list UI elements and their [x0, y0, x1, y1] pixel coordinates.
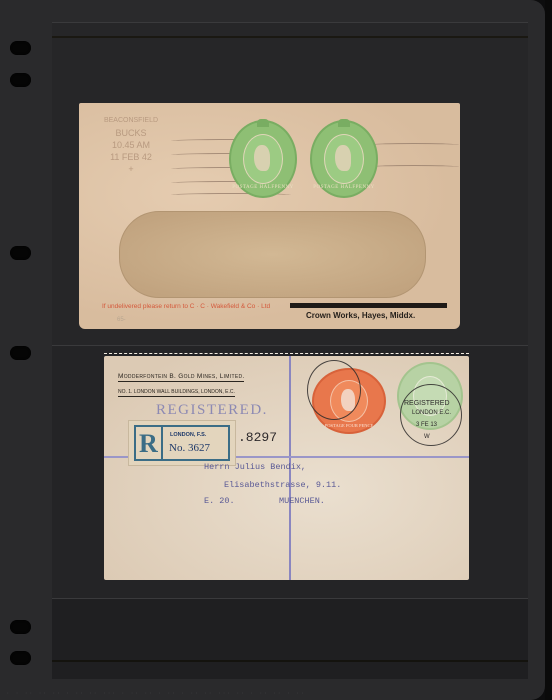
- cancel-date: 3 FE 13: [416, 422, 437, 428]
- postmark-date: 11 FEB 42: [103, 151, 159, 163]
- stamp-halfpenny: POSTAGE HALFPENNY: [229, 120, 297, 198]
- wavy-cancel-line: [369, 143, 459, 147]
- binder-hole: [10, 41, 31, 55]
- binder-hole: [10, 651, 31, 665]
- binder-hole: [10, 620, 31, 634]
- king-head-icon: [335, 145, 351, 171]
- stamp-legend: POSTAGE HALFPENNY: [231, 185, 295, 190]
- address-line-1: Herrn Julius Bendix,: [204, 462, 306, 472]
- address-city: MUENCHEN.: [279, 496, 325, 506]
- binder-hole: [10, 246, 31, 260]
- postmark-county: BUCKS: [103, 127, 159, 139]
- album-strip-bottom: [52, 598, 528, 679]
- crown-icon: [257, 119, 269, 127]
- stamp-halfpenny: POSTAGE HALFPENNY: [310, 120, 378, 198]
- wavy-cancel-line: [369, 165, 459, 169]
- label-number: No. 3627: [169, 442, 210, 454]
- company-address: No. 1. London Wall Buildings, London, E.…: [118, 389, 235, 397]
- binder-hole: [10, 73, 31, 87]
- label-office: LONDON, F.S.: [170, 432, 206, 438]
- binder-hole: [10, 346, 31, 360]
- return-address: If undelivered please return to C · C · …: [102, 303, 270, 310]
- window-envelope: BEACONSFIELD BUCKS 10.45 AM 11 FEB 42 + …: [79, 103, 460, 329]
- king-head-icon: [254, 145, 270, 171]
- strip-edge: [52, 36, 528, 38]
- crown-icon: [338, 119, 350, 127]
- registered-heading: REGISTERED.: [156, 402, 268, 419]
- address-postcode: E. 20.: [204, 496, 235, 506]
- stamp-legend: POSTAGE HALFPENNY: [312, 185, 376, 190]
- pencil-note: 65-: [117, 317, 126, 323]
- registration-label: R LONDON, F.S. No. 3627: [128, 420, 236, 466]
- registered-envelope: Modderfontein B. Gold Mines, Limited. No…: [104, 356, 469, 580]
- sender-address: Crown Works, Hayes, Middx.: [306, 311, 415, 320]
- cancel-office: LONDON E.C.: [412, 410, 451, 416]
- label-divider: [161, 427, 163, 459]
- postmark-cross: +: [103, 163, 159, 175]
- cancel-code: W: [424, 434, 430, 440]
- postmark-town: BEACONSFIELD: [103, 115, 159, 127]
- cancel-registered: REGISTERED: [404, 400, 450, 407]
- machine-postmark: BEACONSFIELD BUCKS 10.45 AM 11 FEB 42 +: [103, 115, 159, 175]
- company-name: Modderfontein B. Gold Mines, Limited.: [118, 373, 244, 382]
- torn-edge: [104, 353, 469, 358]
- cancel-ring: [307, 360, 361, 420]
- black-bar: [290, 303, 447, 308]
- page-edge: [545, 0, 552, 700]
- envelope-window: [119, 211, 426, 298]
- registration-letter: R: [139, 431, 158, 457]
- page-caption: · · ·· ·· ·· · ·· ·· ··· · ·· ·· · ·· · …: [6, 690, 525, 698]
- address-line-2: Elisabethstrasse, 9.11.: [224, 480, 341, 490]
- strip-edge: [52, 660, 528, 662]
- typed-reference: .8297: [238, 430, 277, 445]
- stamp-legend: POSTAGE FOUR PENCE: [314, 423, 384, 428]
- postmark-time: 10.45 AM: [103, 139, 159, 151]
